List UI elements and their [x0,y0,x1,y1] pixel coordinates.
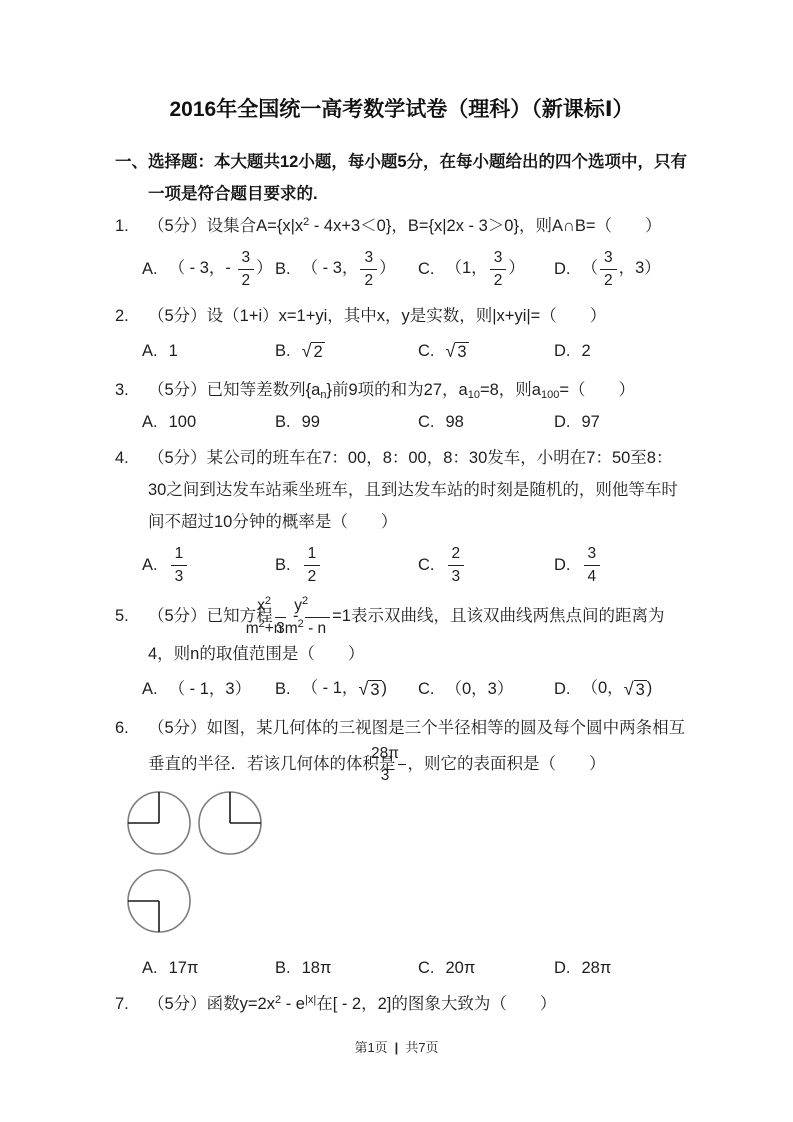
option-content: （ - 1，√3) [302,672,387,706]
option-label: B. [275,406,291,438]
question-5-options: A.（ - 1，3）B.（ - 1，√3)C.（0，3）D.（0，√3) [115,672,688,706]
option-label: D. [554,549,571,581]
option-label: A. [142,952,158,984]
question-2-option-c: C.√3 [418,334,469,368]
question-6-option-a: A.17π [142,954,198,982]
question-4-option-a: A.13 [142,540,189,590]
question-3-option-d: D.97 [554,408,600,436]
question-number: 2. [115,300,148,332]
fraction: 32 [238,248,255,290]
option-label: B. [275,673,291,705]
question-4-options: A.13B.12C.23D.34 [115,540,688,590]
option-content: 17π [169,952,199,984]
question-1-option-c: C.（1，32） [418,244,525,294]
option-label: D. [554,952,571,984]
question-6-option-b: B.18π [275,954,331,982]
fraction: 23 [448,544,465,586]
question-2: 2.（5分）设（1+i）x=1+yi，其中x，y是实数，则|x+yi|=（ ）A… [115,300,688,368]
option-content: 2 [582,335,591,367]
option-content: 97 [582,406,600,438]
question-number: 4. [115,442,148,474]
page-number: 第1页 [354,1040,387,1055]
question-3-option-a: A.100 [142,408,196,436]
question-1-options: A.（ - 3，- 32）B.（ - 3，32）C.（1，32）D.（32，3） [115,244,688,294]
sqrt-expression: √3 [358,674,381,706]
page-content: 2016年全国统一高考数学试卷（理科）（新课标Ⅰ） 一、选择题：本大题共12小题… [0,0,793,1020]
question-3: 3.（5分）已知等差数列{an}前9项的和为27，a10=8，则a100=（ ）… [115,374,688,436]
fraction: y23m2 - n [305,596,330,638]
option-content: √3 [446,334,469,368]
option-label: A. [142,673,158,705]
option-label: D. [554,673,571,705]
option-label: A. [142,335,158,367]
question-4-option-d: D.34 [554,540,602,590]
question-1: 1.（5分）设集合A={x|x2 - 4x+3＜0}，B={x|2x - 3＞0… [115,210,688,294]
option-content: （0，3） [446,673,514,705]
question-5-option-d: D.（0，√3) [554,672,652,706]
question-6-option-c: C.20π [418,954,475,982]
fraction: 32 [360,248,377,290]
option-content: 98 [446,406,464,438]
option-label: B. [275,952,291,984]
sqrt-expression: √3 [446,336,469,368]
option-content: （1，32） [446,248,525,290]
question-2-stem: 2.（5分）设（1+i）x=1+yi，其中x，y是实数，则|x+yi|=（ ） [115,300,688,332]
question-list: 1.（5分）设集合A={x|x2 - 4x+3＜0}，B={x|2x - 3＞0… [115,210,688,1020]
page-footer: 第1页|共7页 [0,1037,793,1056]
option-content: √2 [302,334,325,368]
fraction: 28π3 [398,744,406,786]
option-label: C. [418,406,435,438]
question-7-stem: 7.（5分）函数y=2x2 - e|x|在[ - 2，2]的图象大致为（ ） [115,988,688,1020]
sqrt-expression: √2 [302,336,325,368]
fraction: 32 [490,248,507,290]
option-content: 20π [446,952,476,984]
option-label: B. [275,253,291,285]
question-number: 7. [115,988,148,1020]
question-number: 1. [115,210,148,242]
option-content: 34 [582,544,603,586]
question-5-option-b: B.（ - 1，√3) [275,672,387,706]
option-content: （0，√3) [582,672,653,706]
option-content: （ - 1，3） [169,673,252,705]
option-content: 18π [302,952,332,984]
option-content: （ - 3，- 32） [169,248,273,290]
fraction: 32 [600,248,617,290]
question-number: 6. [115,712,148,744]
question-1-option-b: B.（ - 3，32） [275,244,396,294]
option-label: B. [275,335,291,367]
three-view-figure [123,787,688,950]
question-4-stem: 4.（5分）某公司的班车在7：00，8：00，8：30发车，小明在7：50至8：… [115,442,688,538]
option-label: C. [418,253,435,285]
question-5-option-c: C.（0，3） [418,672,513,706]
fraction: 34 [584,544,601,586]
option-content: （32，3） [582,248,661,290]
question-number: 5. [115,600,148,632]
section-header: 一、选择题：本大题共12小题，每小题5分，在每小题给出的四个选项中，只有一项是符… [115,146,688,210]
question-1-option-d: D.（32，3） [554,244,661,294]
question-7: 7.（5分）函数y=2x2 - e|x|在[ - 2，2]的图象大致为（ ） [115,988,688,1020]
question-3-option-c: C.98 [418,408,464,436]
question-number: 3. [115,374,148,406]
question-3-stem: 3.（5分）已知等差数列{an}前9项的和为27，a10=8，则a100=（ ） [115,374,688,406]
option-content: 1 [169,335,178,367]
option-label: C. [418,549,435,581]
page-title: 2016年全国统一高考数学试卷（理科）（新课标Ⅰ） [115,96,688,124]
option-content: 12 [302,544,323,586]
question-4-option-b: B.12 [275,540,322,590]
question-3-options: A.100B.99C.98D.97 [115,408,688,436]
option-content: （ - 3，32） [302,248,396,290]
question-2-option-d: D.2 [554,334,591,368]
question-3-option-b: B.99 [275,408,320,436]
option-content: 99 [302,406,320,438]
option-content: 100 [169,406,197,438]
option-label: C. [418,335,435,367]
question-2-option-b: B.√2 [275,334,325,368]
question-1-stem: 1.（5分）设集合A={x|x2 - 4x+3＜0}，B={x|2x - 3＞0… [115,210,688,242]
option-label: A. [142,549,158,581]
question-4: 4.（5分）某公司的班车在7：00，8：00，8：30发车，小明在7：50至8：… [115,442,688,590]
fraction: 13 [171,544,188,586]
option-label: D. [554,253,571,285]
question-2-option-a: A.1 [142,334,178,368]
option-label: D. [554,406,571,438]
option-label: C. [418,673,435,705]
footer-separator: | [395,1040,399,1055]
question-4-option-c: C.23 [418,540,466,590]
option-content: 13 [169,544,190,586]
option-label: D. [554,335,571,367]
question-6-options: A.17πB.18πC.20πD.28π [115,954,688,982]
option-label: C. [418,952,435,984]
option-content: 23 [446,544,467,586]
option-label: A. [142,406,158,438]
question-6-stem: 6.（5分）如图，某几何体的三视图是三个半径相等的圆及每个圆中两条相互垂直的半径… [115,712,688,786]
question-6: 6.（5分）如图，某几何体的三视图是三个半径相等的圆及每个圆中两条相互垂直的半径… [115,712,688,983]
question-5-stem: 5.（5分）已知方程x2m2+n - y23m2 - n=1表示双曲线，且该双曲… [115,596,688,670]
question-5-option-a: A.（ - 1，3） [142,672,251,706]
option-label: A. [142,253,158,285]
question-6-option-d: D.28π [554,954,611,982]
sqrt-expression: √3 [624,674,647,706]
question-2-options: A.1B.√2C.√3D.2 [115,334,688,368]
exam-page: 2016年全国统一高考数学试卷（理科）（新课标Ⅰ） 一、选择题：本大题共12小题… [0,0,793,1122]
option-label: B. [275,549,291,581]
fraction: 12 [304,544,321,586]
question-1-option-a: A.（ - 3，- 32） [142,244,273,294]
question-5: 5.（5分）已知方程x2m2+n - y23m2 - n=1表示双曲线，且该双曲… [115,596,688,706]
page-count: 共7页 [405,1040,438,1055]
option-content: 28π [582,952,612,984]
